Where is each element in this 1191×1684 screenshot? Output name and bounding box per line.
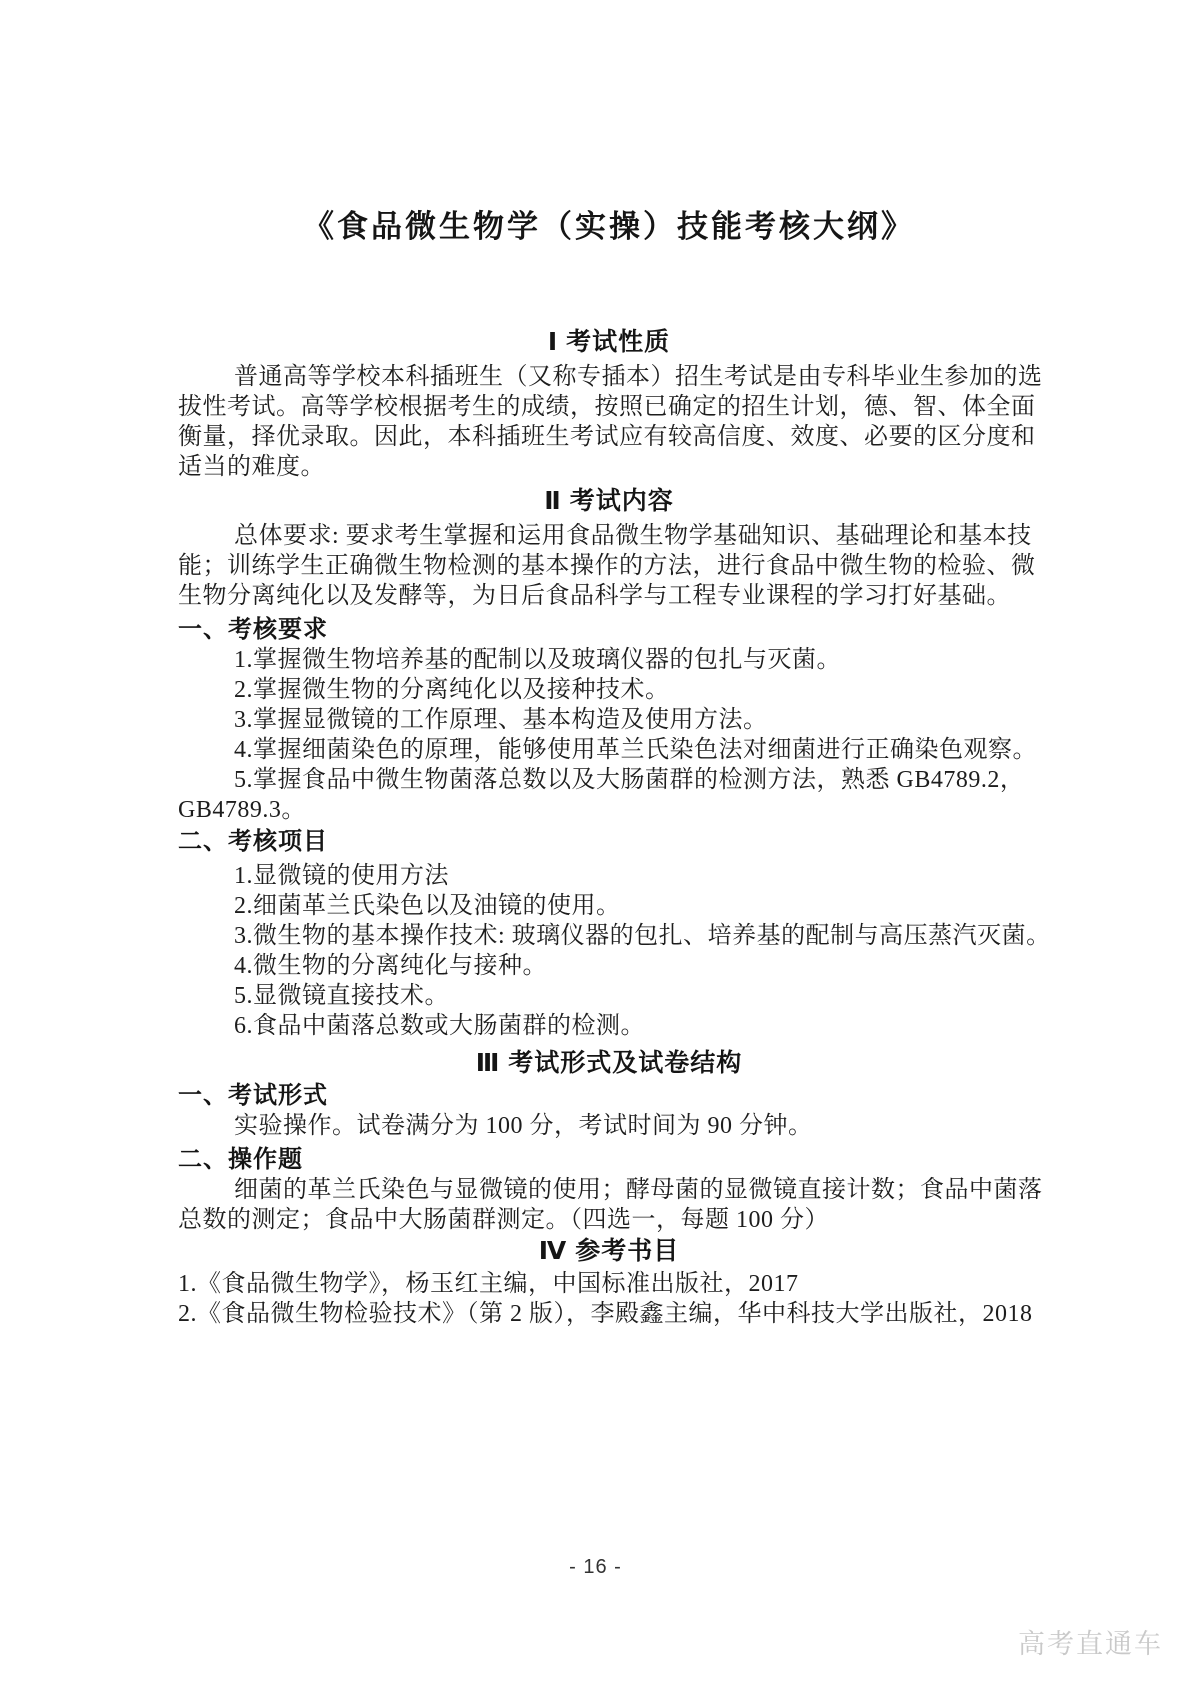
list-item: 3.微生物的基本操作技术: 玻璃仪器的包扎、培养基的配制与高压蒸汽灭菌。	[178, 921, 1040, 951]
list-item: 3.掌握显微镜的工作原理、基本构造及使用方法。	[178, 705, 1040, 735]
list-item: 2.细菌革兰氏染色以及油镜的使用。	[178, 891, 1040, 921]
paragraph-line: 拔性考试。高等学校根据考生的成绩，按照已确定的招生计划，德、智、体全面	[178, 392, 1040, 422]
section-heading-exam-format: Ⅲ 考试形式及试卷结构	[178, 1047, 1040, 1079]
section-heading-reference-books: Ⅳ 参考书目	[178, 1235, 1040, 1267]
list-item: 5.显微镜直接技术。	[178, 981, 1040, 1011]
paragraph-line: 生物分离纯化以及发酵等，为日后食品科学与工程专业课程的学习打好基础。	[178, 581, 1040, 611]
subsection-heading-assessment-requirements: 一、考核要求	[178, 615, 1040, 645]
document-page: 《食品微生物学（实操）技能考核大纲》 Ⅰ 考试性质 普通高等学校本科插班生（又称…	[0, 0, 1191, 1684]
list-item: 6.食品中菌落总数或大肠菌群的检测。	[178, 1011, 1040, 1041]
list-item: 4.掌握细菌染色的原理，能够使用革兰氏染色法对细菌进行正确染色观察。	[178, 735, 1040, 765]
paragraph-line: 总数的测定；食品中大肠菌群测定。（四选一，每题 100 分）	[178, 1205, 1040, 1235]
paragraph-line: 适当的难度。	[178, 452, 1040, 482]
document-title: 《食品微生物学（实操）技能考核大纲》	[178, 206, 1040, 248]
list-item: 2.掌握微生物的分离纯化以及接种技术。	[178, 675, 1040, 705]
paragraph-line: 衡量，择优录取。因此，本科插班生考试应有较高信度、效度、必要的区分度和	[178, 422, 1040, 452]
list-item: 5.掌握食品中微生物菌落总数以及大肠菌群的检测方法，熟悉 GB4789.2，	[178, 765, 1040, 795]
list-item-continuation: GB4789.3。	[178, 795, 1040, 825]
watermark-text: 高考直通车	[1018, 1622, 1163, 1661]
reference-item: 1.《食品微生物学》，杨玉红主编，中国标准出版社，2017	[178, 1269, 1040, 1299]
document-content: 《食品微生物学（实操）技能考核大纲》 Ⅰ 考试性质 普通高等学校本科插班生（又称…	[178, 0, 1040, 1329]
subsection-heading-exam-form: 一、考试形式	[178, 1081, 1040, 1111]
page-number: - 16 -	[0, 1556, 1191, 1579]
subsection-heading-assessment-items: 二、考核项目	[178, 827, 1040, 857]
subsection-heading-practical-questions: 二、操作题	[178, 1145, 1040, 1175]
list-item: 4.微生物的分离纯化与接种。	[178, 951, 1040, 981]
list-item: 1.掌握微生物培养基的配制以及玻璃仪器的包扎与灭菌。	[178, 645, 1040, 675]
paragraph-line: 普通高等学校本科插班生（又称专插本）招生考试是由专科毕业生参加的选	[178, 362, 1040, 392]
reference-item: 2.《食品微生物检验技术》（第 2 版），李殿鑫主编，华中科技大学出版社，201…	[178, 1299, 1040, 1329]
paragraph-line: 能；训练学生正确微生物检测的基本操作的方法，进行食品中微生物的检验、微	[178, 551, 1040, 581]
section-heading-exam-nature: Ⅰ 考试性质	[178, 326, 1040, 358]
paragraph-line: 总体要求: 要求考生掌握和运用食品微生物学基础知识、基础理论和基本技	[178, 521, 1040, 551]
list-item: 1.显微镜的使用方法	[178, 861, 1040, 891]
section-heading-exam-content: Ⅱ 考试内容	[178, 485, 1040, 517]
paragraph-line: 细菌的革兰氏染色与显微镜的使用；酵母菌的显微镜直接计数；食品中菌落	[178, 1175, 1040, 1205]
paragraph-line: 实验操作。试卷满分为 100 分，考试时间为 90 分钟。	[178, 1111, 1040, 1141]
